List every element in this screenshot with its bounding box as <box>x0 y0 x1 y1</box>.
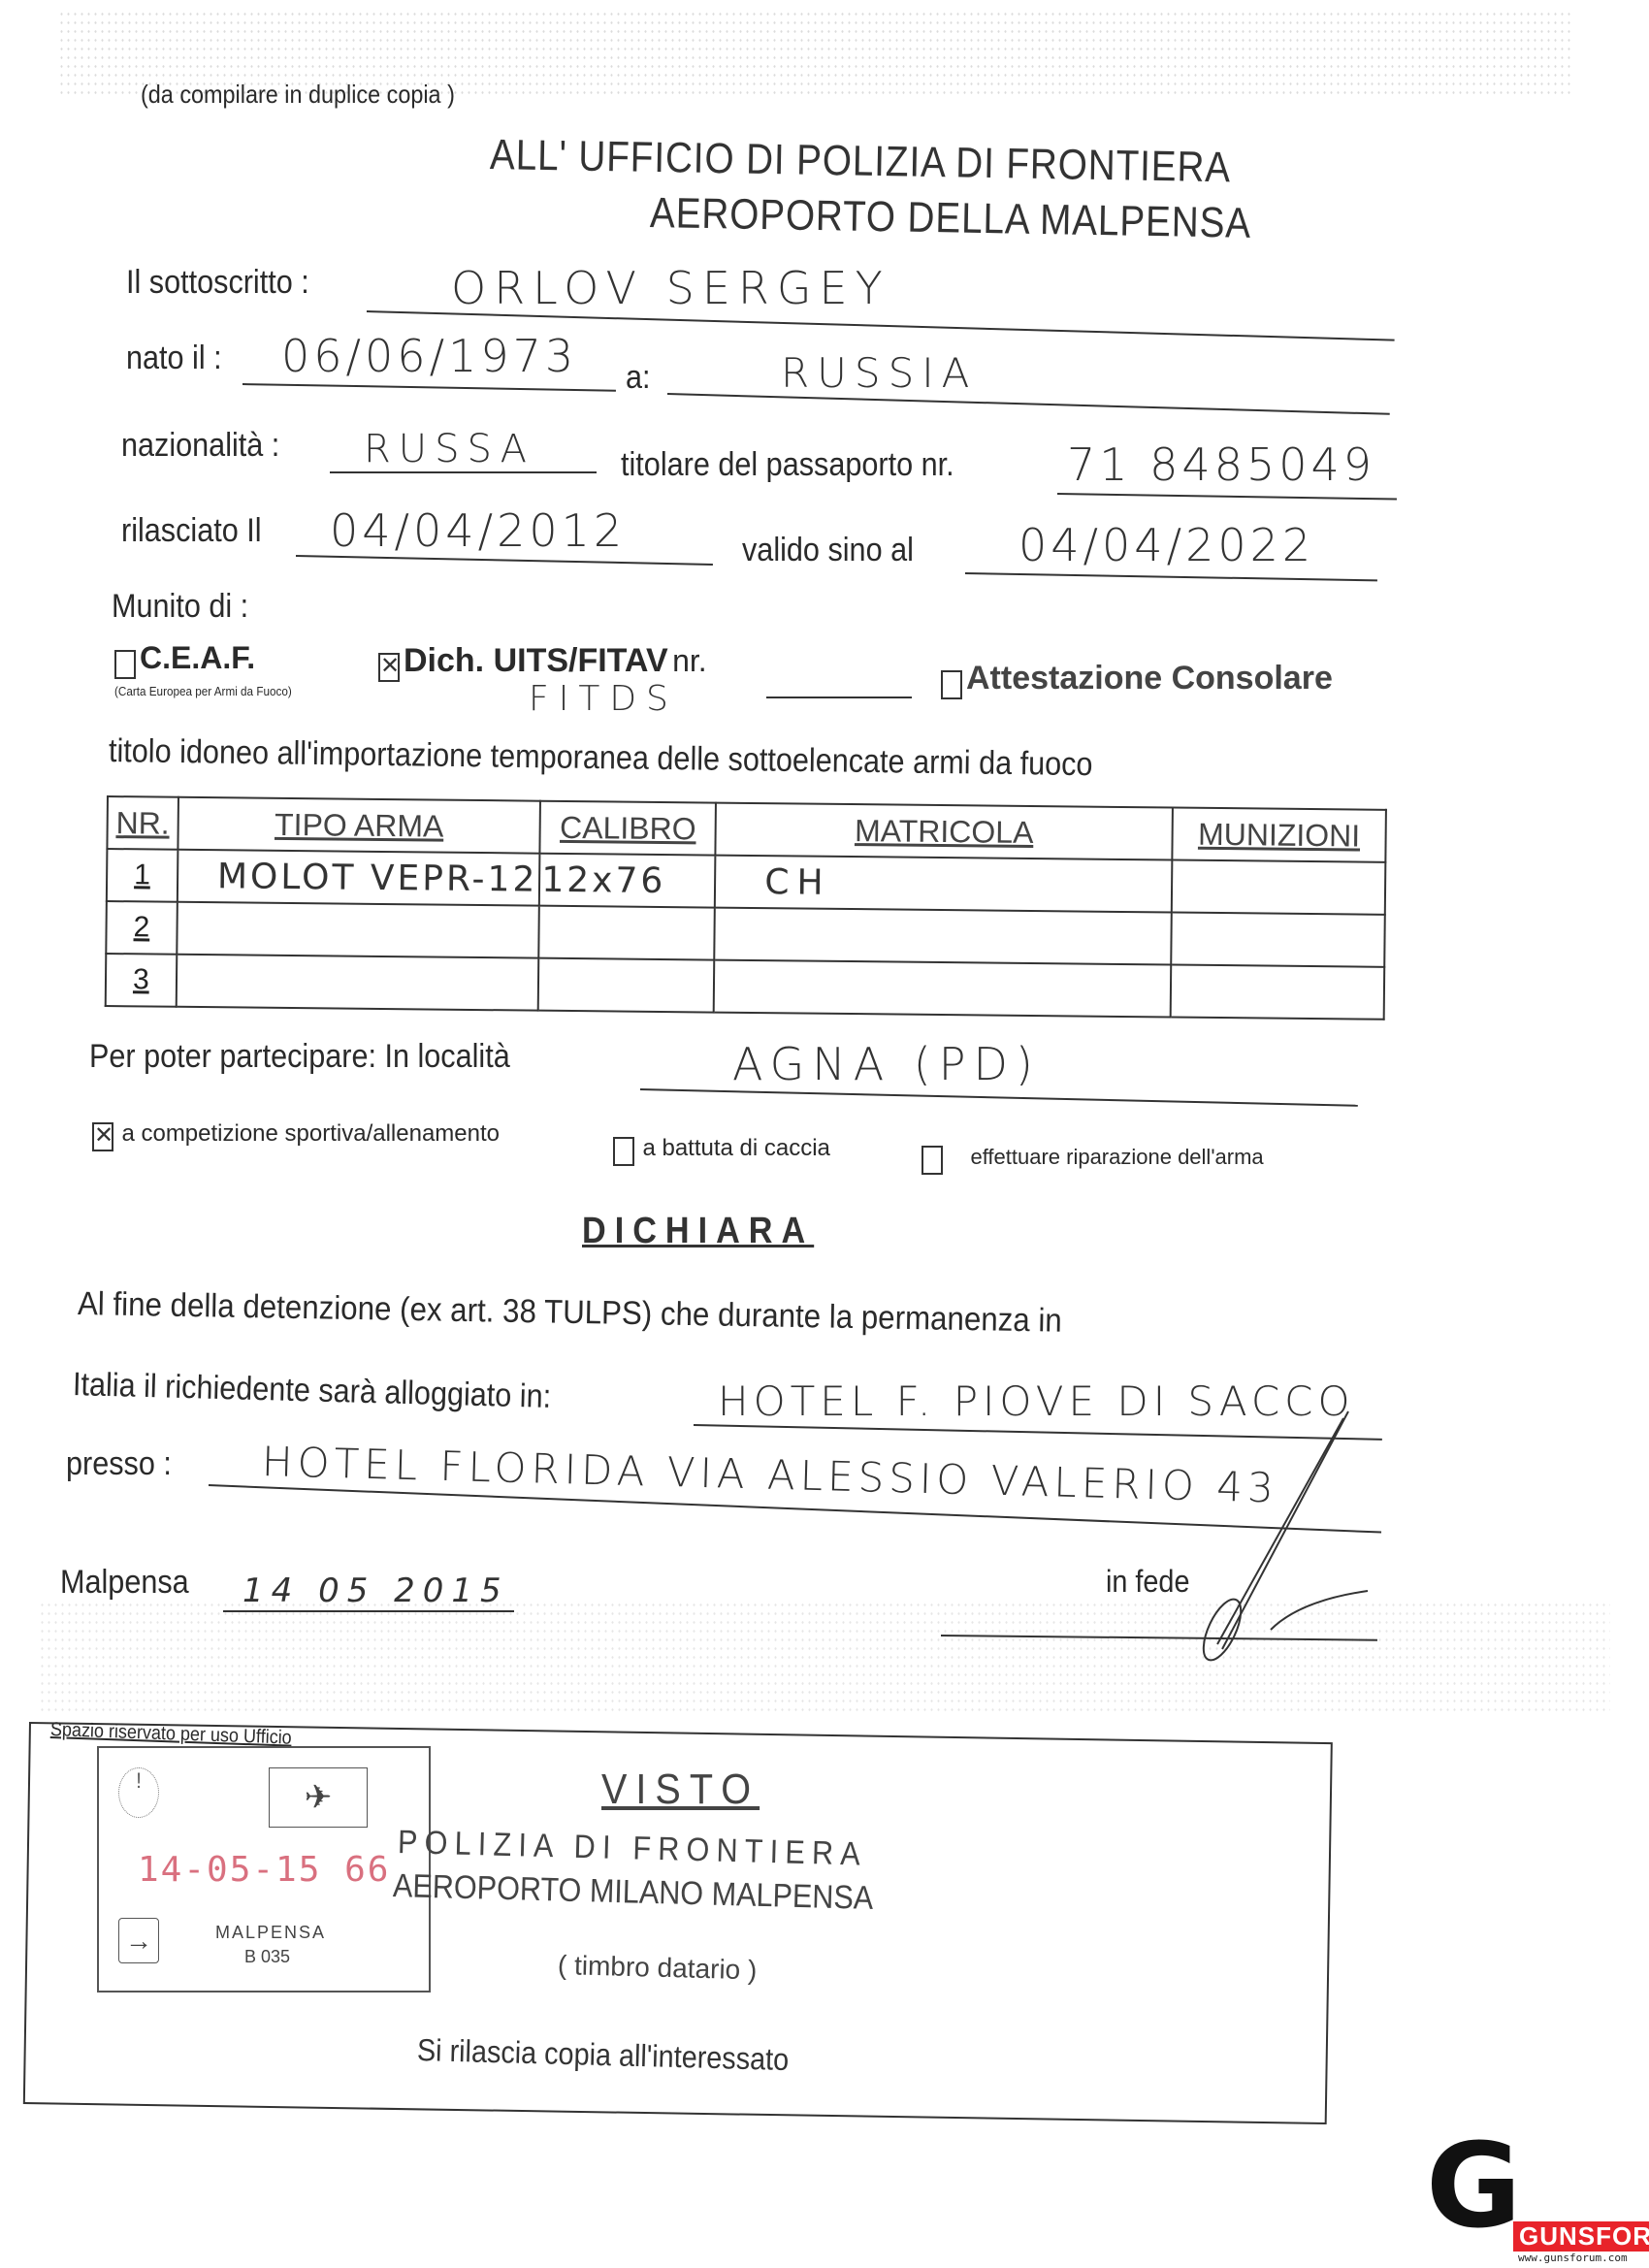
signature-icon <box>1106 1407 1397 1678</box>
presso-label: presso : <box>66 1445 172 1483</box>
munito-label: Munito di : <box>112 588 248 626</box>
row-nr: 2 <box>106 901 177 955</box>
cell-matricola[interactable] <box>714 960 1171 1018</box>
luogo-underline <box>667 393 1390 415</box>
date-underline <box>223 1610 514 1612</box>
valido-underline <box>965 572 1377 581</box>
riparazione-checkbox[interactable] <box>921 1146 943 1175</box>
logo-url: www.gunsforum.com <box>1518 2252 1628 2264</box>
dichiara-heading: DICHIARA <box>582 1211 814 1252</box>
uits-checkbox[interactable] <box>378 653 400 682</box>
place-label: Malpensa <box>60 1564 189 1602</box>
nato-underline <box>242 383 616 392</box>
cell-tipo[interactable] <box>177 902 539 958</box>
nazionalita-label: nazionalità : <box>121 427 279 465</box>
localita-underline <box>640 1088 1358 1107</box>
timbro-label: ( timbro datario ) <box>558 1950 758 1986</box>
luogo-field[interactable]: RUSSIA <box>781 349 977 397</box>
cell-tipo[interactable] <box>177 955 539 1011</box>
uits-nr-label: nr. <box>672 643 707 678</box>
uits-nr-underline <box>766 697 912 698</box>
titolo-text: titolo idoneo all'importazione temporane… <box>109 732 1093 784</box>
cell-calibro[interactable] <box>539 906 716 960</box>
col-tipo-arma: TIPO ARMA <box>178 797 540 854</box>
ceaf-label: C.E.A.F. <box>140 640 255 675</box>
row-nr: 3 <box>106 954 177 1007</box>
gunsforum-logo: G GUNSFORUM www.gunsforum.com <box>1426 2139 1649 2265</box>
nato-field[interactable]: 06/06/1973 <box>281 330 577 382</box>
entry-arrow-icon: → <box>118 1918 159 1963</box>
logo-brand: GUNSFORUM <box>1513 2221 1649 2252</box>
sottoscritto-field[interactable]: ORLOV SERGEY <box>451 262 890 314</box>
logo-g-icon: G <box>1426 2120 1522 2254</box>
col-nr: NR. <box>107 796 178 850</box>
date-field[interactable]: 14 05 2015 <box>242 1571 509 1610</box>
passaporto-underline <box>1057 493 1397 500</box>
row-nr: 1 <box>107 849 178 902</box>
cell-calibro[interactable] <box>538 958 715 1013</box>
arms-table: NR. TIPO ARMA CALIBRO MATRICOLA MUNIZION… <box>105 795 1387 1021</box>
rilasciato-label: rilasciato Il <box>121 512 262 550</box>
valido-label: valido sino al <box>742 532 914 569</box>
col-munizioni: MUNIZIONI <box>1172 808 1386 862</box>
valido-field[interactable]: 04/04/2022 <box>1018 519 1314 571</box>
caccia-label: a battuta di caccia <box>642 1135 829 1161</box>
caccia-option[interactable]: a battuta di caccia <box>613 1135 830 1166</box>
entry-stamp: ! ✈ 14-05-15 66 → MALPENSA B 035 <box>97 1746 431 1993</box>
cell-tipo[interactable]: MOLOT VEPR-12 <box>178 850 540 906</box>
passaporto-field[interactable]: 71 8485049 <box>1067 438 1375 491</box>
nato-label: nato il : <box>126 340 222 377</box>
cell-munizioni[interactable] <box>1171 964 1385 1019</box>
cell-matricola[interactable] <box>714 908 1171 965</box>
ceaf-option[interactable]: C.E.A.F. <box>114 640 255 679</box>
nazionalita-field[interactable]: RUSSA <box>364 427 534 471</box>
uits-label: Dich. UITS/FITAV <box>404 642 668 679</box>
cell-munizioni[interactable] <box>1172 860 1386 915</box>
passaporto-label: titolare del passaporto nr. <box>621 446 954 484</box>
luogo-label: a: <box>626 359 651 397</box>
riparazione-label: effettuare riparazione dell'arma <box>970 1145 1263 1169</box>
airplane-icon: ✈ <box>269 1767 368 1828</box>
cell-munizioni[interactable] <box>1171 913 1385 967</box>
stamp-code: B 035 <box>244 1947 290 1967</box>
rilasciato-field[interactable]: 04/04/2012 <box>330 504 626 557</box>
cell-matricola[interactable]: CH <box>715 856 1172 913</box>
copy-note: (da compilare in duplice copia ) <box>141 80 455 110</box>
competizione-label: a competizione sportiva/allenamento <box>121 1120 500 1147</box>
stamp-date: 14-05-15 66 <box>138 1850 390 1890</box>
stamp-place: MALPENSA <box>215 1923 326 1943</box>
consolare-checkbox[interactable] <box>941 670 962 699</box>
ceaf-sublabel: (Carta Europea per Armi da Fuoco) <box>114 684 292 698</box>
consolare-option[interactable]: Attestazione Consolare <box>941 660 1333 699</box>
col-calibro: CALIBRO <box>540 801 717 856</box>
localita-label: Per poter partecipare: In località <box>89 1038 510 1076</box>
uits-handwritten[interactable]: FITDS <box>529 679 678 719</box>
cell-calibro[interactable]: 12x76 <box>539 854 716 908</box>
sottoscritto-label: Il sottoscritto : <box>126 264 309 302</box>
title-line-2: AEROPORTO DELLA MALPENSA <box>650 189 1252 248</box>
uits-option[interactable]: Dich. UITS/FITAV nr. <box>378 642 707 682</box>
eu-stars-icon: ! <box>118 1767 159 1818</box>
dichiara-text-1: Al fine della detenzione (ex art. 38 TUL… <box>78 1285 1062 1341</box>
riparazione-option[interactable]: effettuare riparazione dell'arma <box>921 1145 1264 1175</box>
dichiara-text-2: Italia il richiedente sarà alloggiato in… <box>72 1366 551 1416</box>
col-matricola: MATRICOLA <box>716 803 1173 860</box>
caccia-checkbox[interactable] <box>613 1137 634 1166</box>
title-line-1: ALL' UFFICIO DI POLIZIA DI FRONTIERA <box>490 131 1232 192</box>
competizione-option[interactable]: a competizione sportiva/allenamento <box>92 1120 500 1151</box>
visto-heading: VISTO <box>601 1766 760 1814</box>
competizione-checkbox[interactable] <box>92 1122 113 1151</box>
nazionalita-underline <box>330 471 597 473</box>
localita-field[interactable]: AGNA (PD) <box>732 1038 1041 1090</box>
consolare-label: Attestazione Consolare <box>966 660 1333 697</box>
ceaf-checkbox[interactable] <box>114 650 136 679</box>
